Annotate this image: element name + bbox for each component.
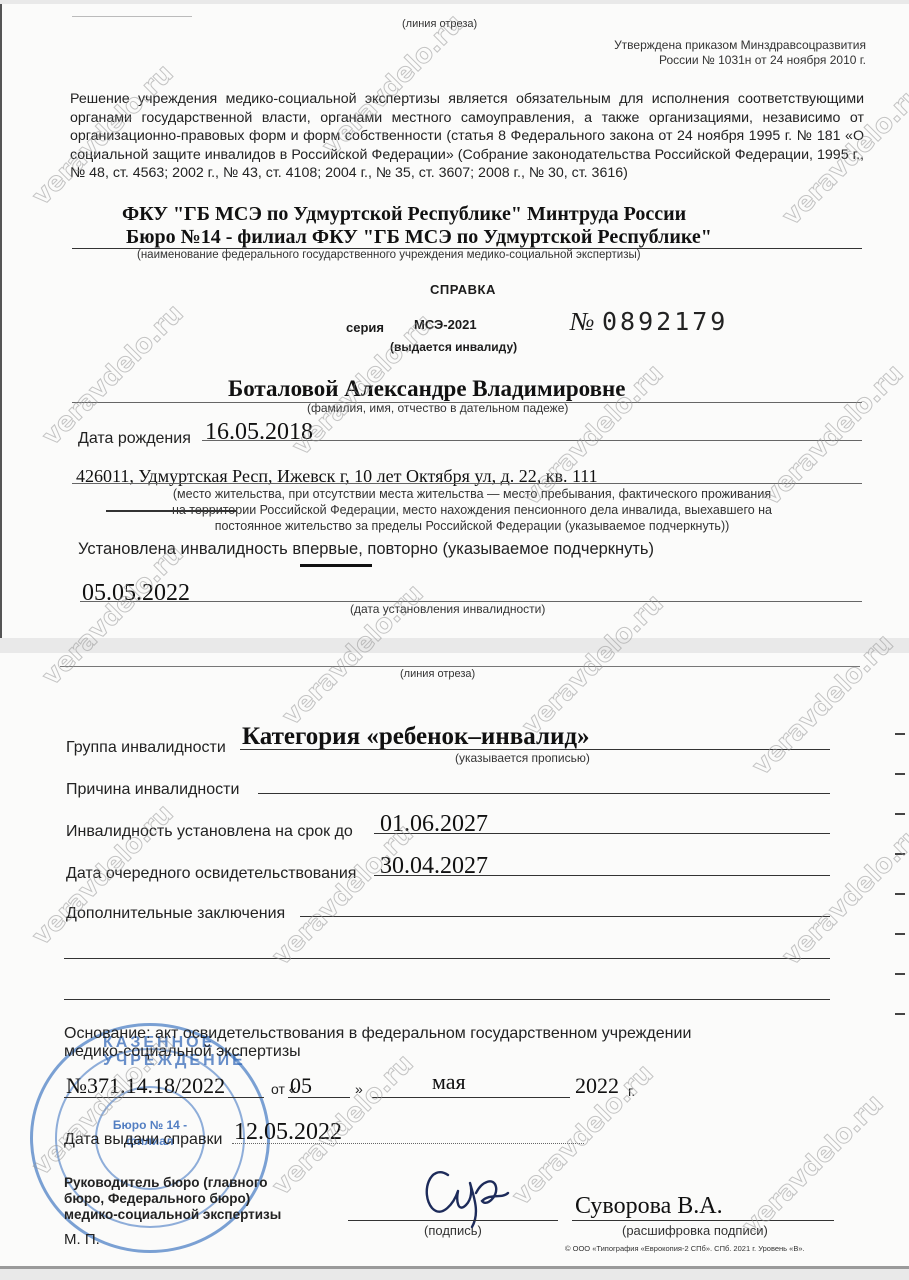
printer-note: © ООО «Типография «Еврокопия-2 СПб». СПб… [565, 1244, 805, 1253]
act-year-suffix: г. [628, 1083, 635, 1099]
first-time-underline [300, 564, 372, 567]
head-title-line-1: Руководитель бюро (главного [64, 1175, 281, 1191]
head-title-line-2: бюро, Федерального бюро) [64, 1191, 281, 1207]
next-exam-underline [374, 875, 830, 876]
term-label: Инвалидность установлена на срок до [66, 823, 353, 841]
birth-date-label: Дата рождения [78, 430, 191, 448]
decision-paragraph: Решение учреждения медико-социальной экс… [70, 90, 864, 183]
cut-line-label: (линия отреза) [400, 668, 475, 680]
cut-line [60, 666, 860, 667]
address-caption-line-1: (место жительства, при отсутствии места … [92, 486, 852, 502]
certificate-page-2: (линия отреза) Группа инвалидности Катег… [0, 653, 909, 1269]
established-date-value: 05.05.2022 [82, 580, 190, 607]
established-suffix: , повторно (указываемое подчеркнуть) [358, 540, 654, 558]
additional-underline-1 [300, 916, 830, 917]
act-day-close: » [355, 1081, 363, 1097]
address-caption-line-3: постоянное жительство за пределы Российс… [92, 518, 852, 534]
disability-group-value: Категория «ребенок–инвалид» [242, 723, 590, 751]
org-name-line-2: Бюро №14 - филиал ФКУ "ГБ МСЭ по Удмуртс… [126, 226, 712, 249]
signature-caption: (подпись) [424, 1223, 482, 1238]
address-underline [72, 483, 862, 484]
act-year: 2022 [575, 1073, 619, 1099]
birth-date-underline [202, 440, 862, 441]
established-date-caption: (дата установления инвалидности) [350, 602, 545, 616]
disability-group-label: Группа инвалидности [66, 739, 226, 757]
basis-line-1: Основание: акт освидетельствования в фед… [64, 1025, 691, 1043]
name-caption: (фамилия, имя, отчество в дательном паде… [307, 401, 568, 415]
signer-name: Суворова В.А. [575, 1193, 723, 1220]
established-prefix: Установлена инвалидность [78, 540, 292, 558]
certificate-page-1: (линия отреза) Утверждена приказом Минзд… [0, 4, 909, 638]
established-first-time: впервые [292, 540, 358, 558]
act-day-underline [288, 1097, 350, 1098]
established-line: Установлена инвалидность впервые, повтор… [78, 540, 654, 559]
number-sign: № [570, 307, 595, 337]
birth-date-value: 16.05.2018 [205, 419, 313, 446]
org-caption: (наименование федерального государственн… [137, 249, 641, 261]
stamp-center-line-1: Бюро № 14 - [33, 1118, 267, 1132]
approval-line-1: Утверждена приказом Минздравсоцразвития [614, 38, 866, 53]
stamp-place-label: М. П. [64, 1231, 100, 1248]
head-title: Руководитель бюро (главного бюро, Федера… [64, 1175, 281, 1223]
term-underline [374, 833, 830, 834]
next-exam-label: Дата очередного освидетельствования [66, 865, 356, 883]
cut-line [72, 16, 192, 17]
issue-date-value: 12.05.2022 [234, 1119, 342, 1146]
signer-caption: (расшифровка подписи) [622, 1223, 768, 1238]
recipient-full-name: Боталовой Александре Владимировне [228, 376, 625, 402]
document-title: СПРАВКА [430, 282, 496, 297]
approval-line-2: России № 1031н от 24 ноября 2010 г. [614, 53, 866, 68]
act-month: мая [432, 1069, 466, 1095]
act-month-underline [372, 1097, 570, 1098]
signature-icon [410, 1153, 530, 1233]
approval-note: Утверждена приказом Минздравсоцразвития … [614, 38, 866, 68]
series-label: серия [346, 320, 384, 335]
additional-underline-2 [64, 958, 830, 959]
issued-to-caption: (выдается инвалиду) [390, 340, 517, 354]
disability-cause-label: Причина инвалидности [66, 781, 239, 799]
series-value: МСЭ-2021 [414, 317, 477, 332]
act-number: №371.14.18/2022 [66, 1073, 225, 1099]
org-name-line-1: ФКУ "ГБ МСЭ по Удмуртской Республике" Ми… [122, 203, 686, 226]
signature-underline [348, 1220, 558, 1221]
additional-conclusions-label: Дополнительные заключения [66, 905, 285, 923]
cause-underline [258, 793, 830, 794]
head-title-line-3: медико-социальной экспертизы [64, 1207, 281, 1223]
group-caption: (указывается прописью) [455, 751, 590, 765]
basis-line-2: медико-социальной экспертизы [64, 1043, 301, 1061]
signer-name-underline [572, 1220, 834, 1221]
group-underline [240, 749, 830, 750]
act-day: 05 [290, 1073, 312, 1099]
cut-line-label: (линия отреза) [402, 18, 477, 30]
certificate-number: 0892179 [602, 307, 728, 336]
additional-underline-3 [64, 999, 830, 1000]
issue-date-label: Дата выдачи справки [64, 1131, 222, 1149]
strike-mark [106, 510, 236, 512]
